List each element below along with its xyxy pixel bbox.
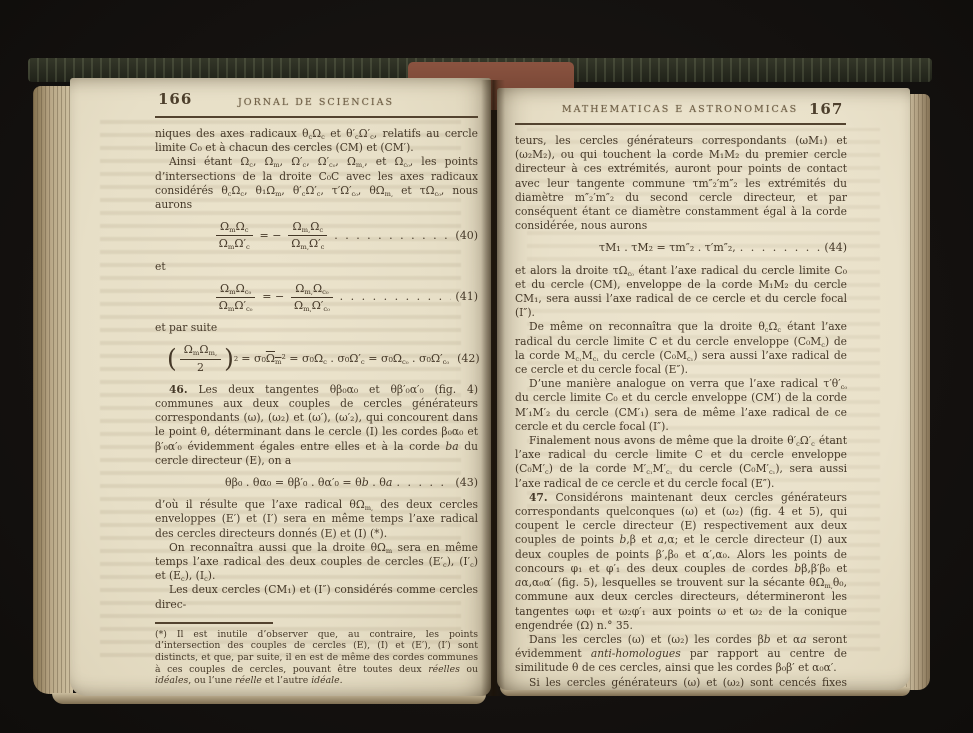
paragraph-les-deux-cercles: Les deux cercles (CM₁) et (I″) considéré… bbox=[155, 583, 478, 611]
paragraph-46: 46. Les deux tangentes θβ₀α₀ et θβ′₀α′₀ … bbox=[155, 383, 478, 468]
right-page: 167 MATHEMATICAS E ASTRONOMICAS teurs, l… bbox=[497, 88, 910, 690]
footnote: (*) Il est inutile d’observer que, au co… bbox=[155, 629, 478, 687]
equation-body: θβ₀ . θα₀ = θβ′₀ . θα′₀ = θb . θa bbox=[225, 476, 392, 490]
paragraph-finalement: Finalement nous avons de même que la dro… bbox=[515, 434, 847, 491]
numerator: ΩmΩm, bbox=[180, 343, 221, 359]
equation-41: ΩmΩc₀ ΩmΩ′c₀ = − Ωm,Ωc₀ Ωm,Ω′c₀ . . . . … bbox=[155, 282, 478, 313]
numerator: ΩmΩc₀ bbox=[216, 282, 255, 298]
left-text-column: niques des axes radicaux θcΩc et θ′cΩ′c,… bbox=[155, 127, 478, 687]
dot-leader: . . . . . . . . . . . . . . . . . bbox=[740, 241, 821, 255]
denominator: Ωm,Ω′c bbox=[288, 236, 327, 251]
left-page: 166 JORNAL DE SCIENCIAS niques des axes … bbox=[70, 78, 491, 696]
fraction-rhs: Ωm,Ωc Ωm,Ω′c bbox=[288, 220, 327, 251]
equation-43: θβ₀ . θα₀ = θβ′₀ . θα′₀ = θb . θa . . . … bbox=[155, 476, 478, 490]
equation-42: ( ΩmΩm, 2 ) 2 = σ₀Ωm2 = σ₀Ωc . σ₀Ω′c = σ… bbox=[155, 343, 478, 374]
equation-44: τM₁ . τM₂ = τm″₂ . τ′m″₂, . . . . . . . … bbox=[515, 241, 847, 255]
header-rule-right bbox=[515, 123, 846, 125]
paragraph-continuation: niques des axes radicaux θcΩc et θ′cΩ′c,… bbox=[155, 127, 478, 155]
equation-body: τM₁ . τM₂ = τm″₂ . τ′m″₂, bbox=[599, 241, 736, 255]
denominator: ΩmΩ′c₀ bbox=[216, 298, 255, 313]
dot-leader: . . . . . . . . . . . . . . . . . . . . … bbox=[334, 229, 451, 243]
numerator: Ωm,Ωc bbox=[288, 220, 327, 236]
equation-number: (43) bbox=[455, 476, 478, 490]
paragraph-ainsi-etant: Ainsi étant Ωc, Ωm, Ω′c, Ω′c₀, Ωm,, et Ω… bbox=[155, 155, 478, 212]
numerator: ΩmΩc bbox=[216, 220, 253, 236]
equals-minus: = − bbox=[262, 290, 284, 304]
denominator: 2 bbox=[180, 360, 221, 375]
fraction-rhs: Ωm,Ωc₀ Ωm,Ω′c₀ bbox=[291, 282, 332, 313]
equals-minus: = − bbox=[260, 229, 282, 243]
paragraph-on-reconnaitra: On reconnaîtra aussi que la droite θΩm s… bbox=[155, 541, 478, 584]
dot-leader: . . . . . . . . . . . . . . . . . . . . … bbox=[340, 290, 452, 304]
paragraph-47: 47. Considérons maintenant deux cercles … bbox=[515, 491, 847, 633]
photo-background: 166 JORNAL DE SCIENCIAS niques des axes … bbox=[0, 0, 973, 733]
equation-number: (41) bbox=[455, 290, 478, 304]
running-head-right: MATHEMATICAS E ASTRONOMICAS bbox=[515, 104, 845, 115]
header-rule-left bbox=[155, 116, 478, 118]
fraction-lhs: ΩmΩc₀ ΩmΩ′c₀ bbox=[216, 282, 255, 313]
footnote-rule bbox=[155, 622, 273, 624]
paragraph-continuation: teurs, les cercles générateurs correspon… bbox=[515, 134, 847, 233]
running-head-left: JORNAL DE SCIENCIAS bbox=[155, 97, 477, 108]
paragraph-dune-maniere: D’une manière analogue on verra que l’ax… bbox=[515, 377, 847, 434]
equation-body: = σ₀Ωm2 = σ₀Ωc . σ₀Ω′c = σ₀Ωc₀ . σ₀Ω′c₀ bbox=[241, 352, 449, 366]
equation-number: (40) bbox=[455, 229, 478, 243]
paragraph-de-meme: De même on reconnaîtra que la droite θcΩ… bbox=[515, 320, 847, 377]
dot-leader: . . . . . . . . . . . . . . . . . bbox=[396, 476, 451, 490]
right-text-column: teurs, les cercles générateurs correspon… bbox=[515, 134, 847, 690]
connector-et: et bbox=[155, 260, 478, 274]
paragraph-si-les-cercles: Si les cercles générateurs (ω) et (ω₂) s… bbox=[515, 676, 847, 690]
paragraph-dou-il-resulte: d’où il résulte que l’axe radical θΩm, d… bbox=[155, 498, 478, 541]
paragraph-et-alors: et alors la droite τΩc₀ étant l’axe radi… bbox=[515, 264, 847, 321]
equation-number: (42) bbox=[457, 352, 480, 366]
left-parenthesis: ( bbox=[167, 348, 177, 369]
left-fore-edge-pages bbox=[33, 86, 73, 694]
numerator: Ωm,Ωc₀ bbox=[291, 282, 332, 298]
fraction: ΩmΩm, 2 bbox=[180, 343, 221, 374]
fraction-lhs: ΩmΩc ΩmΩ′c bbox=[216, 220, 253, 251]
denominator: ΩmΩ′c bbox=[216, 236, 253, 251]
equation-40: ΩmΩc ΩmΩ′c = − Ωm,Ωc Ωm,Ω′c . . . . . . … bbox=[155, 220, 478, 251]
equation-number: (44) bbox=[824, 241, 847, 255]
right-parenthesis: ) bbox=[224, 348, 234, 369]
connector-et-par-suite: et par suite bbox=[155, 321, 478, 335]
denominator: Ωm,Ω′c₀ bbox=[291, 298, 332, 313]
paragraph-dans-les-cercles: Dans les cercles (ω) et (ω₂) les cordes … bbox=[515, 633, 847, 676]
